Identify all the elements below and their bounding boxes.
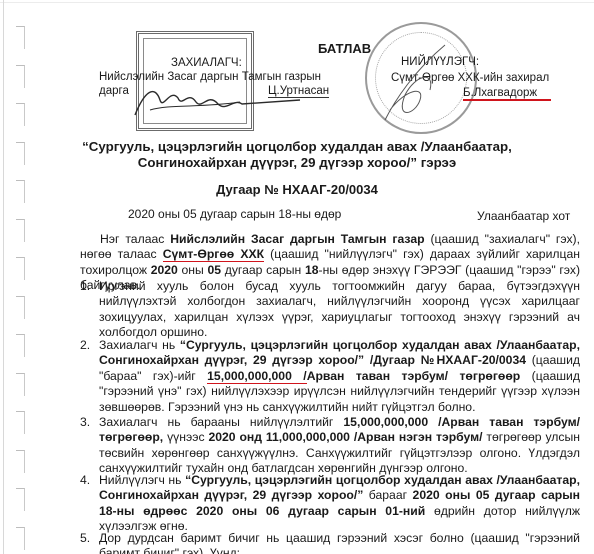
binding-mark xyxy=(16,334,25,357)
approve-label: БАТЛАВ xyxy=(318,41,371,56)
binding-mark xyxy=(16,65,25,88)
binding-mark xyxy=(16,373,25,396)
contract-city: Улаанбаатар хот xyxy=(477,209,570,223)
contract-title-line1: “Сургууль, цэцэрлэгийн цогцолбор худалда… xyxy=(0,139,594,155)
supplier-position: Сүмт-Өргөө ХХК-ийн захирал xyxy=(391,72,549,84)
binding-mark xyxy=(16,103,25,126)
customer-role: ЗАХИАЛАГЧ: xyxy=(171,57,242,69)
binding-mark xyxy=(16,26,25,49)
customer-name: Ц.Уртнасан xyxy=(268,85,329,98)
customer-position-line1: Нийслэлийн Засаг даргын Тамгын газрын xyxy=(99,71,321,83)
contract-date: 2020 оны 05 дугаар сарын 18-ны өдөр xyxy=(128,207,341,221)
binding-mark xyxy=(16,488,25,511)
contract-number: Дугаар № НХААГ-20/0034 xyxy=(0,182,594,198)
binding-mark xyxy=(16,296,25,319)
contract-title-line2: Сонгинохайрхан дүүрэг, 29 дүгээр хороо/”… xyxy=(0,155,594,171)
contract-price-highlight: 15,000,000,000 / xyxy=(207,369,307,384)
supplier-role: НИЙЛҮҮЛЭГЧ: xyxy=(401,56,479,68)
binding-marks xyxy=(16,0,28,554)
supplier-name: Б.Лхагвадорж xyxy=(463,87,551,101)
customer-position-line2: дарга xyxy=(99,85,129,97)
binding-mark xyxy=(16,219,25,242)
binding-mark xyxy=(16,450,25,473)
page-left-edge xyxy=(3,0,4,554)
page-top-edge xyxy=(0,2,594,3)
supplier-company-highlight: Сүмт-Өргөө ХХК xyxy=(163,247,264,262)
binding-mark xyxy=(16,527,25,550)
binding-mark xyxy=(16,411,25,434)
binding-mark xyxy=(16,257,25,280)
